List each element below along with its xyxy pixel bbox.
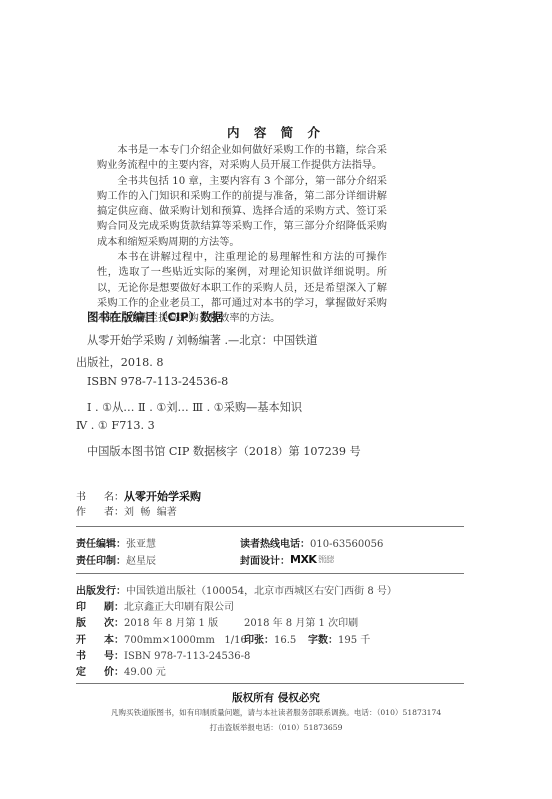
printer-value: 北京鑫正大印刷有限公司 bbox=[124, 598, 234, 613]
editor-label: 责任编辑： bbox=[76, 535, 126, 550]
author-value: 刘 畅 编著 bbox=[124, 503, 177, 518]
cip-line-1: 从零开始学采购 / 刘畅编著 .—北京：中国铁道 bbox=[87, 332, 318, 348]
intro-paragraph: 全书共包括 10 章，主要内容有 3 个部分，第一部分介绍采购工作的入门知识和采… bbox=[97, 174, 387, 250]
isbn-value: ISBN 978-7-113-24536-8 bbox=[124, 651, 250, 662]
divider bbox=[76, 573, 464, 574]
hotline-value: 010-63560056 bbox=[310, 539, 383, 550]
book-title-label-b: 名： bbox=[104, 488, 124, 503]
cip-classification-2: Ⅳ . ① F713. 3 bbox=[76, 419, 155, 432]
format-value: 700mm×1000mm 1/16 bbox=[124, 635, 244, 646]
author-row: 作 者： 刘 畅 编著 bbox=[76, 503, 177, 518]
price-label-a: 定 bbox=[76, 663, 104, 678]
format-label-a: 开 bbox=[76, 631, 104, 646]
price-value: 49.00 元 bbox=[124, 663, 166, 678]
hotline-label: 读者热线电话： bbox=[240, 535, 310, 550]
intro-paragraph: 本书是一本专门介绍企业如何做好采购工作的书籍，综合采购业务流程中的主要内容，对采… bbox=[97, 143, 387, 174]
publisher-row: 出版发行： 中国铁道出版社（100054，北京市西城区右安门西街 8 号） bbox=[76, 582, 397, 597]
editor-row: 责任编辑： 张亚慧 bbox=[76, 535, 156, 550]
price-label-b: 价： bbox=[104, 663, 124, 678]
rights-title: 版权所有 侵权必究 bbox=[0, 690, 552, 705]
cip-isbn: ISBN 978-7-113-24536-8 bbox=[87, 375, 228, 388]
sheets-label: 印张： bbox=[244, 631, 274, 646]
divider bbox=[76, 526, 464, 527]
words-label: 字数： bbox=[308, 631, 338, 646]
book-title-label-a: 书 bbox=[76, 488, 104, 503]
isbn-row: 书 号： ISBN 978-7-113-24536-8 bbox=[76, 647, 250, 662]
sheets-value: 16.5 bbox=[274, 635, 308, 646]
printer-row: 印 刷： 北京鑫正大印刷有限公司 bbox=[76, 598, 234, 613]
intro-title: 内 容 简 介 bbox=[0, 123, 552, 141]
edition-value: 2018 年 8 月第 1 版 bbox=[124, 614, 244, 629]
edition-label-a: 版 bbox=[76, 614, 104, 629]
logo-sub-2: STUDIO bbox=[318, 560, 333, 564]
printer-label-a: 印 bbox=[76, 598, 104, 613]
book-title-value: 从零开始学采购 bbox=[124, 488, 201, 504]
editor-value: 张亚慧 bbox=[126, 535, 156, 550]
service-notice: 凡购买铁道版图书，如有印制质量问题，请与本社读者服务部联系调换。电话：（010）… bbox=[0, 707, 552, 718]
cover-design-row: 封面设计： MXK DESIGN STUDIO bbox=[240, 552, 334, 567]
price-row: 定 价： 49.00 元 bbox=[76, 663, 166, 678]
mxk-design-logo: MXK bbox=[290, 553, 316, 566]
words-value: 195 千 bbox=[338, 631, 370, 646]
cip-verification: 中国版本图书馆 CIP 数据核字（2018）第 107239 号 bbox=[87, 443, 361, 459]
isbn-label-b: 号： bbox=[104, 647, 124, 662]
printing-manager-value: 赵星辰 bbox=[126, 552, 156, 567]
cip-classification-1: Ⅰ . ①从… Ⅱ . ①刘… Ⅲ . ①采购—基本知识 bbox=[87, 399, 302, 415]
edition-row: 版 次： 2018 年 8 月第 1 版 2018 年 8 月第 1 次印刷 bbox=[76, 614, 358, 629]
format-row: 开 本： 700mm×1000mm 1/16 印张： 16.5 字数： 195 … bbox=[76, 631, 370, 646]
author-label-b: 者： bbox=[104, 503, 124, 518]
isbn-label-a: 书 bbox=[76, 647, 104, 662]
hotline-row: 读者热线电话： 010-63560056 bbox=[240, 535, 383, 550]
cip-line-2: 出版社，2018. 8 bbox=[76, 354, 163, 370]
printing-manager-row: 责任印制： 赵星辰 bbox=[76, 552, 156, 567]
piracy-hotline: 打击盗版举报电话：（010）51873659 bbox=[0, 722, 552, 733]
printing-manager-label: 责任印制： bbox=[76, 552, 126, 567]
book-title-row: 书 名： 从零开始学采购 bbox=[76, 488, 201, 504]
design-studio-logo-text: DESIGN STUDIO bbox=[318, 556, 333, 564]
publisher-value: 中国铁道出版社（100054，北京市西城区右安门西街 8 号） bbox=[126, 582, 397, 597]
author-label-a: 作 bbox=[76, 503, 104, 518]
printing-value: 2018 年 8 月第 1 次印刷 bbox=[244, 614, 358, 629]
divider bbox=[76, 683, 464, 684]
cip-title: 图书在版编目（CIP）数据 bbox=[87, 309, 223, 325]
edition-label-b: 次： bbox=[104, 614, 124, 629]
cover-design-label: 封面设计： bbox=[240, 552, 290, 567]
format-label-b: 本： bbox=[104, 631, 124, 646]
publisher-label: 出版发行： bbox=[76, 582, 126, 597]
printer-label-b: 刷： bbox=[104, 598, 124, 613]
intro-body: 本书是一本专门介绍企业如何做好采购工作的书籍，综合采购业务流程中的主要内容，对采… bbox=[97, 143, 387, 327]
